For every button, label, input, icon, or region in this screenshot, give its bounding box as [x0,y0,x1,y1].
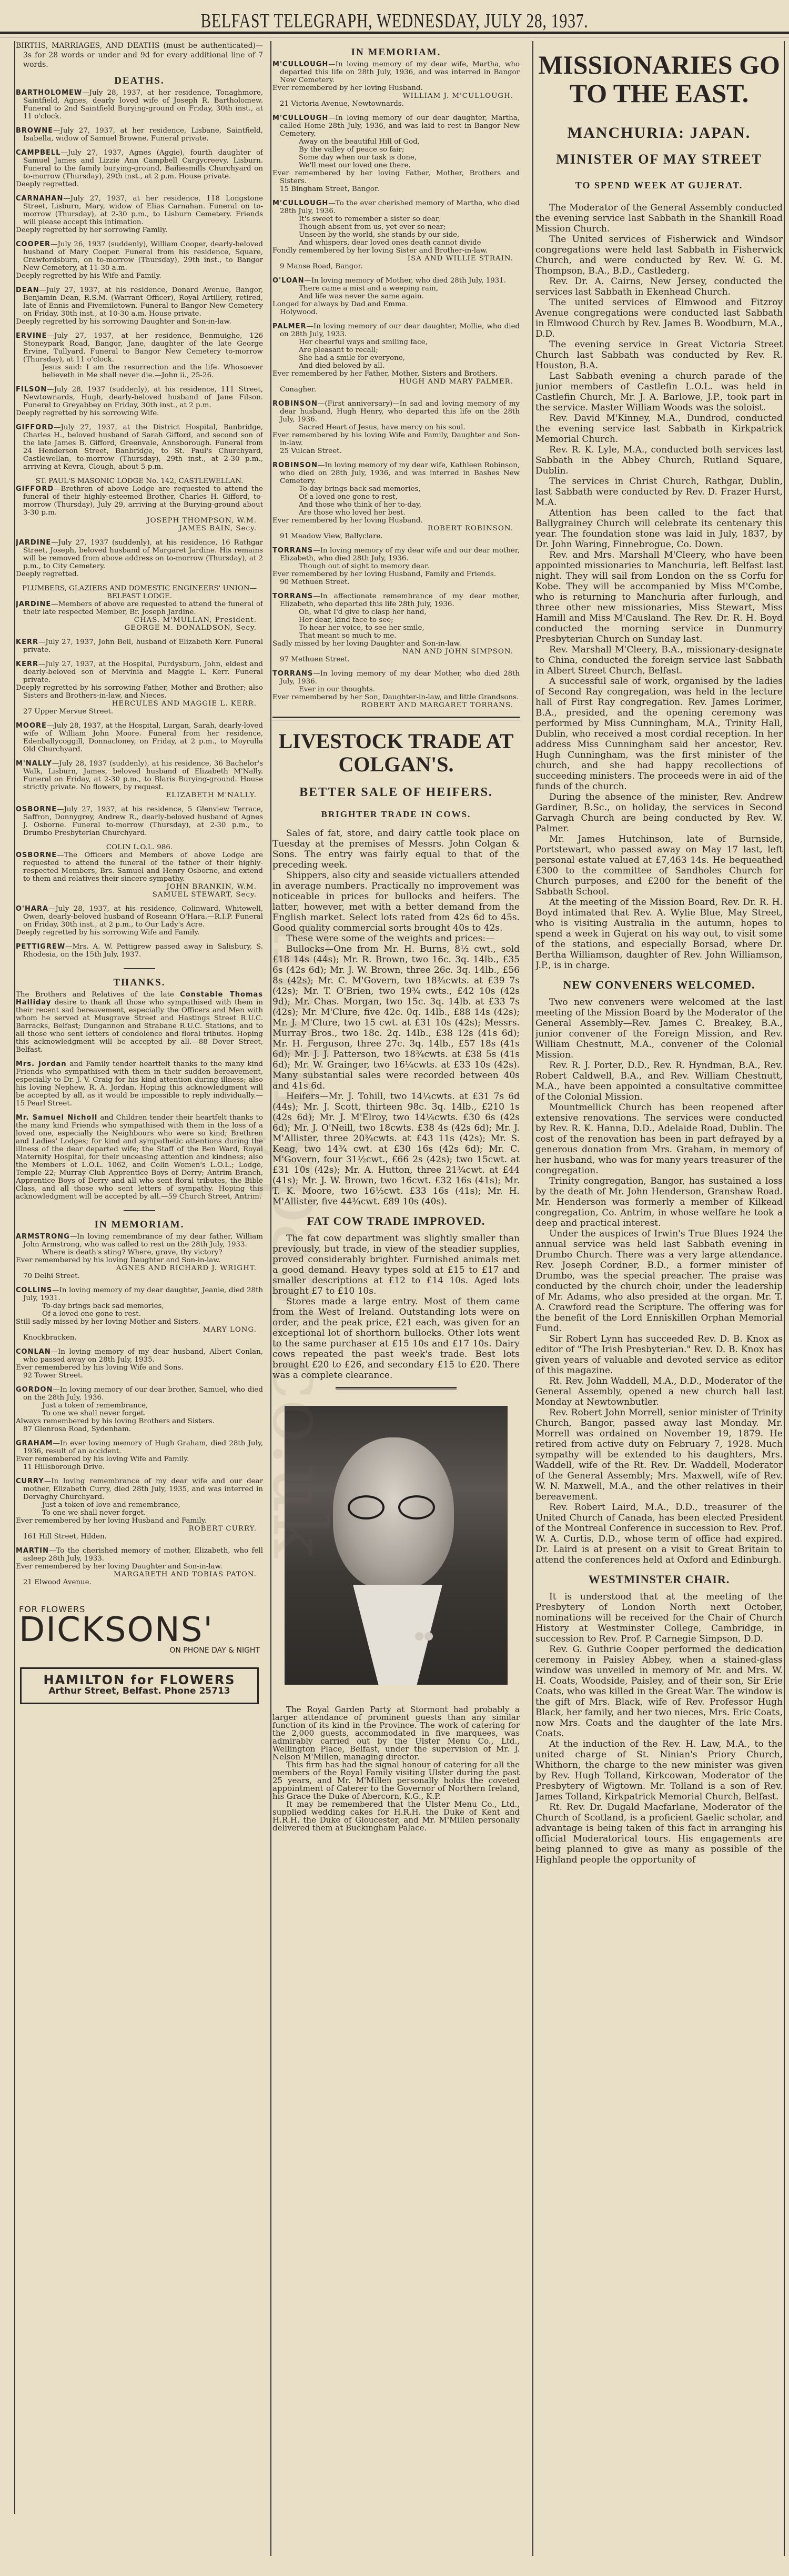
notice-body: KERR—July 27, 1937, at the Hospital, Pur… [16,660,263,684]
thanks-name: Constable Thomas Halliday [16,991,263,1007]
notice-signature: ELIZABETH M'NALLY. [16,791,263,799]
notice-surname: M'NALLY [16,760,52,768]
notice-surname: KERR [16,638,38,646]
notice-surname: CAMPBELL [16,149,60,157]
notice-verse: Her cheerful ways and smiling face, [272,338,520,346]
notice-address: 9 Manse Road, Bangor. [272,263,520,270]
article-paragraph: The United services of Fisherwick and Wi… [535,234,783,276]
notice-body: JARDINE—Members of above are requested t… [16,600,263,616]
portrait-photo-mmillen [285,1406,508,1685]
notice-surname: JARDINE [16,539,51,547]
notice-signature: SAMUEL STEWART, Secy. [16,891,263,899]
notice-surname: GORDON [16,1386,53,1394]
article-paragraph: Rev. Dr. A. Cairns, New Jersey, conducte… [535,276,783,297]
thanks-entry: Mr. Samuel Nicholl and Children tender t… [16,1114,263,1201]
notice-entry: BARTHOLOMEW—July 28, 1937, at her reside… [16,89,263,120]
missionaries-subhead: MANCHURIA: JAPAN. [535,124,783,142]
notice-verse: To one we shall never forget. [16,1509,263,1517]
notice-surname: TORRANS [272,670,313,678]
article-paragraph: Sales of fat, store, and dairy cattle to… [272,828,520,870]
notice-body: GIFFORD—July 27, 1937, at the District H… [16,424,263,471]
notice-verse: Unseen by the world, she stands by our s… [272,231,520,239]
notice-body: TORRANS—In affectionate remembrance of m… [272,592,520,608]
notice-address: Conagher. [272,386,520,394]
notice-body: TORRANS—In loving memory of my dear wife… [272,547,520,562]
notice-entry: CAMPBELL—July 27, 1937, Agnes (Aggie), f… [16,149,263,188]
notice-verse: Jesus said: I am the resurrection and th… [16,364,263,379]
article-paragraph: It may be remembered that the Ulster Men… [272,1800,520,1832]
notice-surname: TORRANS [272,547,313,555]
notice-address: 161 Hill Street, Hilden. [16,1533,263,1541]
bmd-rates-notice: BIRTHS, MARRIAGES, AND DEATHS (must be a… [16,41,263,69]
notice-surname: COOPER [16,240,50,248]
notice-footer: Ever remembered by his loving Daughter a… [16,1256,263,1264]
notice-body: O'HARA—July 28, 1937, at his residence, … [16,905,263,929]
article-paragraph: The Royal Garden Party at Stormont had p… [272,1706,520,1761]
notice-signature: WILLIAM J. M'CULLOUGH. [272,92,520,100]
article-paragraph: Stores made a large entry. Most of them … [272,1296,520,1381]
notice-address: 21 Victoria Avenue, Newtownards. [272,100,520,108]
livestock-subhead-2: BRIGHTER TRADE IN COWS. [272,809,520,820]
notice-body: TORRANS—In loving memory of my dear Moth… [272,670,520,686]
conveners-heading: NEW CONVENERS WELCOMED. [535,978,783,992]
garden-party-article: The Royal Garden Party at Stormont had p… [272,1706,520,1832]
column-rule [784,41,785,2556]
notice-verse: It's sweet to remember a sister so dear, [272,215,520,223]
notice-footer: Deeply regretted by his sorrowing Father… [16,684,263,700]
notice-body: M'NALLY—July 28, 1937 (suddenly), at his… [16,760,263,791]
notice-body: GIFFORD—Brethren of above Lodge are requ… [16,485,263,517]
church-news-article: The Moderator of the General Assembly co… [535,203,783,971]
notice-entry: COLIN L.O.L. 986.OSBORNE—The Officers an… [16,843,263,899]
notice-surname: GIFFORD [16,485,54,493]
notice-entry: DEAN—July 27, 1937, at his residence, Do… [16,286,263,326]
notice-verse: She had a smile for everyone, [272,354,520,362]
notice-body: JARDINE—July 27, 1937 (suddenly), at his… [16,539,263,570]
article-paragraph: These were some of the weights and price… [272,933,520,944]
missionaries-headline: MISSIONARIES GO TO THE EAST. [535,51,783,107]
dicksons-advertisement: FOR FLOWERS DICKSONS' ON PHONE DAY & NIG… [16,1602,263,1658]
notice-surname: TORRANS [272,592,313,600]
livestock-subhead: BETTER SALE OF HEIFERS. [272,786,520,800]
notice-address: 90 Methuen Street. [272,578,520,586]
livestock-article: Sales of fat, store, and dairy cattle to… [272,828,520,1207]
notice-body: FILSON—July 28, 1937 (suddenly), at his … [16,386,263,409]
notice-body: BARTHOLOMEW—July 28, 1937, at her reside… [16,89,263,120]
notice-body: MOORE—July 28, 1937, at the Hospital, Lu… [16,722,263,753]
notice-surname: M'CULLOUGH [272,199,328,207]
notice-entry: COOPER—July 26, 1937 (suddenly), William… [16,240,263,280]
notice-signature: ROBERT ROBINSON. [272,525,520,532]
notice-body: PALMER—In loving memory of our dear daug… [272,323,520,338]
notice-organisation: ST. PAUL'S MASONIC LODGE No. 142, CASTLE… [16,477,263,485]
notice-surname: M'CULLOUGH [272,114,328,122]
notice-footer: Ever remembered by his loving Wife and S… [16,1364,263,1372]
notice-surname: M'CULLOUGH [272,61,328,68]
hamilton-advertisement: HAMILTON for FLOWERS Arthur Street, Belf… [20,1667,259,1704]
article-paragraph: The evening service in Great Victoria St… [535,339,783,371]
livestock-headline: LIVESTOCK TRADE AT COLGAN'S. [272,730,520,776]
notice-body: COLLINS—In loving memory of my dear daug… [16,1286,263,1302]
notice-entry: M'CULLOUGH—In loving memory of my dear w… [272,61,520,108]
notice-address: 15 Bingham Street, Bangor. [272,185,520,193]
notice-surname: ARMSTRONG [16,1233,70,1241]
article-paragraph: At the meeting of the Mission Board, Rev… [535,897,783,971]
notice-signature: JAMES BAIN, Secy. [16,525,263,532]
notice-body: CONLAN—In loving memory of my dear husba… [16,1348,263,1364]
notice-entry: ST. PAUL'S MASONIC LODGE No. 142, CASTLE… [16,477,263,532]
notice-signature: ROBERT AND MARGARET TORRANS. [272,701,520,709]
notice-surname: JARDINE [16,600,51,608]
notice-footer: Ever remembered by her loving Husband. [272,517,520,525]
notice-verse: And those who think of her to-day, [272,501,520,509]
notice-address: 11 Hillsborough Drive. [16,1463,263,1471]
notice-footer: Deeply regretted. [16,570,263,578]
memoriam-list: M'CULLOUGH—In loving memory of my dear w… [272,61,520,709]
notice-footer: Ever remembered by her loving Husband an… [16,1517,263,1525]
notice-entry: CARNAHAN—July 27, 1937, at her residence… [16,195,263,234]
notice-verse: Away on the beautiful Hill of God, [272,138,520,146]
notice-signature: JOSEPH THOMPSON, W.M. [16,517,263,525]
notice-footer: Ever remembered by her Son, Daughter-in-… [272,693,520,701]
notice-surname: BARTHOLOMEW [16,89,82,97]
newspaper-title: BELFAST TELEGRAPH, WEDNESDAY, JULY 28, 1… [87,0,702,33]
section-rule [272,717,520,720]
notice-body: ERVINE—July 27, 1937, at her residence, … [16,332,263,364]
notice-verse: Oh, what I'd give to clasp her hand, [272,608,520,616]
article-paragraph: Trinity congregation, Bangor, has sustai… [535,1176,783,1229]
notice-entry: O'LOAN—In loving memory of Mother, who d… [272,277,520,316]
notice-surname: GIFFORD [16,424,54,431]
article-paragraph: The united services of Elmwood and Fitzr… [535,297,783,339]
notice-body: M'CULLOUGH—To the ever cherished memory … [272,199,520,215]
notice-entry: ARMSTRONG—In loving remembrance of my de… [16,1233,263,1280]
notice-entry: GORDON—In loving memory of our dear brot… [16,1386,263,1433]
notice-entry: OSBORNE—July 27, 1937, at his residence,… [16,806,263,837]
notice-entry: MARTIN—To the cherished memory of mother… [16,1547,263,1586]
westminster-article: It is understood that at the meeting of … [535,1592,783,1865]
column-notices: BIRTHS, MARRIAGES, AND DEATHS (must be a… [16,41,263,2576]
notice-body: PETTIGREW—Mrs. A. W. Pettigrew passed aw… [16,943,263,959]
notice-footer: Ever remembered by her loving Daughter a… [16,1563,263,1571]
article-paragraph: It is understood that at the meeting of … [535,1592,783,1644]
notice-footer: Deeply regretted by her sorrowing Family… [16,226,263,234]
thanks-name: Mr. Samuel Nicholl [16,1114,97,1122]
missionaries-subhead-3: TO SPEND WEEK AT GUJERAT. [535,180,783,191]
memoriam-heading: IN MEMORIAM. [16,1221,263,1229]
notice-surname: KERR [16,660,38,668]
notice-signature: ISA AND WILLIE STRAIN. [272,255,520,263]
notice-footer: Ever remembered by her loving Father, Mo… [272,169,520,185]
article-paragraph: The services in Christ Church, Rathgar, … [535,476,783,508]
notice-entry: M'CULLOUGH—To the ever cherished memory … [272,199,520,270]
notice-verse: Of a loved one gone to rest. [16,1310,263,1318]
column-memoriam-livestock: IN MEMORIAM. M'CULLOUGH—In loving memory… [272,41,520,2576]
notice-verse: To-day brings back sad memories, [272,485,520,493]
article-paragraph: A successful sale of work, organised by … [535,676,783,792]
article-paragraph: Last Sabbath evening a church parade of … [535,371,783,413]
notice-verse: Of a loved one gone to rest, [272,493,520,501]
article-paragraph: Rev. G. Guthrie Cooper performed the ded… [535,1644,783,1739]
notice-entry: M'NALLY—July 28, 1937 (suddenly), at his… [16,760,263,799]
notice-verse: Though out of sight to memory dear. [272,562,520,570]
notice-verse: There came a mist and a weeping rain, [272,285,520,293]
notice-verse: To one we shall never forget. [16,1410,263,1417]
notice-signature: HUGH AND MARY PALMER. [272,378,520,386]
notice-entry: TORRANS—In affectionate remembrance of m… [272,592,520,663]
conveners-article: Two new conveners were welcomed at the l… [535,997,783,1565]
notice-surname: BROWNE [16,127,53,135]
article-paragraph: Under the auspices of Irwin's True Blues… [535,1229,783,1334]
column-rule [14,41,15,2514]
notice-verse: To-day brings back sad memories, [16,1302,263,1310]
notice-body: KERR—July 27, 1937, John Bell, husband o… [16,638,263,654]
article-paragraph: Bullocks—One from Mr. H. Burns, 8½ cwt.,… [272,944,520,1091]
fat-cow-heading: FAT COW TRADE IMPROVED. [272,1214,520,1228]
notice-surname: DEAN [16,286,39,294]
column-rule [532,41,533,2556]
article-paragraph: Shippers, also city and seaside victuall… [272,870,520,933]
notice-surname: OSBORNE [16,851,57,859]
notice-footer: Ever remembered by her Father, Mother, S… [272,370,520,378]
notice-body: ARMSTRONG—In loving remembrance of my de… [16,1233,263,1249]
article-paragraph: Rt. Rev. John Waddell, M.A., D.D., Moder… [535,1376,783,1407]
thanks-heading: THANKS. [16,979,263,987]
notice-body: GORDON—In loving memory of our dear brot… [16,1386,263,1402]
notice-surname: CONLAN [16,1348,51,1356]
notice-surname: GRAHAM [16,1440,53,1447]
notice-signature: MARGARETH AND TOBIAS PATON. [16,1571,263,1578]
notice-body: CAMPBELL—July 27, 1937, Agnes (Aggie), f… [16,149,263,180]
notice-address: 92 Tower Street. [16,1372,263,1380]
notice-footer: Ever remembered by her loving Husband. [272,84,520,92]
section-rule [336,1387,457,1390]
notice-verse: And life was never the same again. [272,293,520,300]
masthead: BELFAST TELEGRAPH, WEDNESDAY, JULY 28, 1… [0,0,789,35]
notice-body: M'CULLOUGH—In loving memory of my dear w… [272,61,520,84]
notice-body: M'CULLOUGH—In loving memory of our dear … [272,114,520,138]
notice-surname: O'HARA [16,905,48,913]
notice-body: OSBORNE—July 27, 1937, at his residence,… [16,806,263,837]
article-paragraph: The fat cow department was slightly smal… [272,1233,520,1296]
notice-verse: Though absent from us, yet ever so near; [272,223,520,231]
notice-body: OSBORNE—The Officers and Members of abov… [16,851,263,883]
ad-headline: HAMILTON for FLOWERS [32,1676,247,1684]
thanks-entry: The Brothers and Relatives of the late C… [16,991,263,1054]
notice-entry: ROBINSON—In loving memory of my dear wif… [272,461,520,540]
notice-verse: Just a token of remembrance, [16,1402,263,1410]
notice-entry: GIFFORD—July 27, 1937, at the District H… [16,424,263,471]
article-paragraph: Heifers—Mr. J. Tohill, two 14¼cwts. at £… [272,1091,520,1207]
notice-verse: And whispers, dear loved ones death cann… [272,239,520,247]
notice-address: 91 Meadow View, Ballyclare. [272,532,520,540]
notice-entry: FILSON—July 28, 1937 (suddenly), at his … [16,386,263,417]
notice-entry: GRAHAM—In ever loving memory of Hugh Gra… [16,1440,263,1471]
notice-footer: Deeply regretted by his sorrowing Wife a… [16,929,263,937]
notice-entry: PALMER—In loving memory of our dear daug… [272,323,520,394]
deaths-heading: DEATHS. [16,77,263,85]
notice-body: CURRY—In loving remembrance of my dear w… [16,1477,263,1501]
notice-verse: Ever in our thoughts. [272,686,520,693]
notice-address: 70 Delhi Street. [16,1272,263,1280]
notice-verse: That meant so much to me. [272,632,520,640]
notice-signature: JOHN BRANKIN, W.M. [16,883,263,891]
section-divider [124,968,155,969]
article-paragraph: Rt. Rev. Dr. Dugald Macfarlane, Moderato… [535,1802,783,1865]
article-paragraph: The Moderator of the General Assembly co… [535,203,783,234]
notice-surname: O'LOAN [272,277,305,285]
notice-entry: JARDINE—July 27, 1937 (suddenly), at his… [16,539,263,578]
notice-surname: PALMER [272,323,307,330]
article-paragraph: During the absence of the minister, Rev.… [535,792,783,834]
notice-surname: MARTIN [16,1547,49,1555]
article-paragraph: At the induction of the Rev. H. Law, M.A… [535,1739,783,1802]
notice-footer: Ever remembered by his loving Wife and F… [272,431,520,447]
notice-signature: AGNES AND RICHARD J. WRIGHT. [16,1264,263,1272]
deaths-list: BARTHOLOMEW—July 28, 1937, at her reside… [16,89,263,959]
notice-body: GRAHAM—In ever loving memory of Hugh Gra… [16,1440,263,1455]
notice-entry: TORRANS—In loving memory of my dear Moth… [272,670,520,709]
notice-address: 87 Glenrosa Road, Sydenham. [16,1425,263,1433]
notice-surname: FILSON [16,386,47,394]
notice-entry: M'CULLOUGH—In loving memory of our dear … [272,114,520,193]
notice-verse: Are pleasant to recall; [272,346,520,354]
notice-entry: KERR—July 27, 1937, John Bell, husband o… [16,638,263,654]
article-paragraph: This firm has had the signal honour of c… [272,1761,520,1800]
memoriam-heading: IN MEMORIAM. [272,48,520,56]
notice-verse: We'll meet our loved one there. [272,162,520,169]
notice-address: 21 Elwood Avenue. [16,1578,263,1586]
thanks-list: The Brothers and Relatives of the late C… [16,991,263,1201]
photo-glasses [348,1495,437,1516]
notice-signature: ROBERT CURRY. [16,1525,263,1533]
notice-footer: Ever remembered by her loving Husband, F… [272,570,520,578]
notice-footer: Deeply regretted by his Wife and Family. [16,272,263,280]
article-paragraph: Two new conveners were welcomed at the l… [535,997,783,1060]
article-paragraph: Rev. Marshall M'Cleery, B.A., missionary… [535,645,783,676]
article-paragraph: Rev. Robert John Morrell, senior ministe… [535,1407,783,1502]
thanks-entry: Mrs. Jordan and Family tender heartfelt … [16,1060,263,1108]
notice-entry: ERVINE—July 27, 1937, at her residence, … [16,332,263,379]
notice-entry: ROBINSON—(First anniversary)—In sad and … [272,400,520,455]
notice-entry: O'HARA—July 28, 1937, at his residence, … [16,905,263,937]
article-paragraph: Sir Robert Lynn has succeeded Rev. D. B.… [535,1334,783,1376]
notice-surname: COLLINS [16,1286,52,1294]
fat-cow-article: The fat cow department was slightly smal… [272,1233,520,1381]
notice-signature: MARY LONG. [16,1326,263,1334]
thanks-name: Mrs. Jordan [16,1060,67,1068]
notice-address: Knockbracken. [16,1334,263,1342]
notice-verse: Sacred Heart of Jesus, have mercy on his… [272,424,520,431]
notice-footer: Fondly remembered by her loving Sister a… [272,247,520,255]
notice-verse: Her dear, kind face to see; [272,616,520,624]
notice-surname: ERVINE [16,332,47,340]
notice-verse: Where is death's sting? Where, grave, th… [16,1249,263,1256]
notice-footer: Ever remembered by his loving Wife and F… [16,1455,263,1463]
article-paragraph: Rev. R. K. Lyle, M.A., conducted both se… [535,445,783,476]
notice-body: BROWNE—July 27, 1937, at her residence, … [16,127,263,143]
article-paragraph: Mr. James Hutchinson, late of Burnside, … [535,834,783,897]
notice-surname: OSBORNE [16,806,57,813]
westminster-heading: WESTMINSTER CHAIR. [535,1573,783,1586]
notice-entry: PLUMBERS, GLAZIERS AND DOMESTIC ENGINEER… [16,585,263,632]
article-paragraph: Rev. and Mrs. Marshall M'Cleery, who hav… [535,550,783,645]
notice-surname: MOORE [16,722,47,730]
notice-body: DEAN—July 27, 1937, at his residence, Do… [16,286,263,318]
ad-brand-dicksons: DICKSONS' [19,1613,260,1647]
article-paragraph: Rev. R. J. Porter, D.D., Rev. R. Hyndman… [535,1060,783,1102]
photo-medals [415,1632,434,1643]
notice-entry: KERR—July 27, 1937, at the Hospital, Pur… [16,660,263,716]
notice-entry: BROWNE—July 27, 1937, at her residence, … [16,127,263,143]
notice-verse: By the valley of peace so fair; [272,146,520,154]
column-church-news: MISSIONARIES GO TO THE EAST. MANCHURIA: … [535,41,783,2576]
notice-signature: HERCULES AND MAGGIE L. KERR. [16,700,263,708]
notice-entry: TORRANS—In loving memory of my dear wife… [272,547,520,586]
notice-signature: CHAS. M'MULLAN, President. [16,616,263,624]
notice-verse: To hear her voice, to see her smile, [272,624,520,632]
notice-entry: PETTIGREW—Mrs. A. W. Pettigrew passed aw… [16,943,263,959]
notice-footer: Longed for always by Dad and Emma. [272,300,520,308]
notice-footer: Still sadly missed by her loving Mother … [16,1318,263,1326]
article-paragraph: Rev. Robert Laird, M.A., D.D., treasurer… [535,1502,783,1565]
notice-surname: ROBINSON [272,400,318,408]
notice-organisation: COLIN L.O.L. 986. [16,843,263,851]
notice-organisation: PLUMBERS, GLAZIERS AND DOMESTIC ENGINEER… [16,585,263,600]
notice-address: 97 Methuen Street. [272,656,520,663]
notice-surname: CARNAHAN [16,195,63,203]
notice-surname: ROBINSON [272,461,318,469]
masthead-rule-thin [0,37,789,37]
notice-entry: CURRY—In loving remembrance of my dear w… [16,1477,263,1541]
memoriam-list: ARMSTRONG—In loving remembrance of my de… [16,1233,263,1586]
notice-entry: COLLINS—In loving memory of my dear daug… [16,1286,263,1342]
notice-verse: And died beloved by all. [272,362,520,370]
missionaries-subhead-2: MINISTER OF MAY STREET [535,152,783,167]
notice-footer: Deeply regretted by his sorrowing Daught… [16,318,263,326]
column-rule [270,41,271,2556]
masthead-rule [0,32,789,34]
notice-footer: Always remembered by his loving Brothers… [16,1417,263,1425]
notice-body: ROBINSON—In loving memory of my dear wif… [272,461,520,485]
notice-address: 25 Vulcan Street. [272,447,520,455]
notice-verse: Some day when our task is done, [272,154,520,162]
notice-address: 27 Upper Mervue Street. [16,708,263,716]
notice-signature: GEORGE M. DONALDSON, Secy. [16,624,263,632]
notice-footer: Sadly missed by her loving Daughter and … [272,640,520,648]
article-paragraph: Attention has been called to the fact th… [535,508,783,550]
notice-signature: NAN AND JOHN SIMPSON. [272,648,520,656]
notice-body: O'LOAN—In loving memory of Mother, who d… [272,277,520,285]
article-paragraph: Mountmellick Church has been reopened af… [535,1102,783,1176]
notice-footer: Deeply regretted by his sorrowing Wife. [16,409,263,417]
ad-address: Arthur Street, Belfast. Phone 25713 [32,1687,247,1695]
article-paragraph: Rev. David M'Kinney, M.A., Dundrod, cond… [535,413,783,445]
notice-surname: CURRY [16,1477,44,1485]
notice-verse: Are those who loved her best. [272,509,520,517]
notice-body: MARTIN—To the cherished memory of mother… [16,1547,263,1563]
notice-verse: Just a token of love and remembrance, [16,1501,263,1509]
section-divider [124,1210,155,1211]
notice-body: COOPER—July 26, 1937 (suddenly), William… [16,240,263,272]
notice-address: Holywood. [272,308,520,316]
notice-entry: MOORE—July 28, 1937, at the Hospital, Lu… [16,722,263,753]
notice-surname: PETTIGREW [16,943,65,951]
notice-footer: Deeply regretted. [16,180,263,188]
notice-entry: CONLAN—In loving memory of my dear husba… [16,1348,263,1380]
notice-body: ROBINSON—(First anniversary)—In sad and … [272,400,520,424]
notice-body: CARNAHAN—July 27, 1937, at her residence… [16,195,263,226]
